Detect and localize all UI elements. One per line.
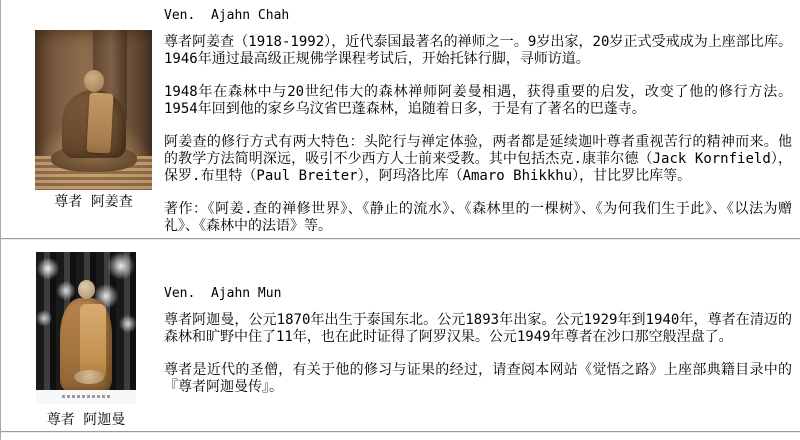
photo-detail-robe bbox=[80, 304, 106, 378]
paragraph: 尊者是近代的圣僧，有关于他的修习与证果的经过，请查阅本网站《觉悟之路》上座部典籍… bbox=[164, 362, 792, 396]
paragraph: 1948年在森林中与20世纪伟大的森林禅师阿姜曼相遇，获得重要的启发，改变了他的… bbox=[164, 84, 792, 118]
paragraph: 阿姜查的修行方式有两大特色：头陀行与禅定体验，两者都是延续迦叶尊者重视苦行的精神… bbox=[164, 134, 792, 185]
text-cell-ajahn-chah: Ven. Ajahn Chah 尊者阿姜查（1918-1992），近代泰国最著名… bbox=[161, 0, 800, 238]
heading-ajahn-chah: Ven. Ajahn Chah bbox=[164, 7, 792, 24]
heading-ajahn-mun: Ven. Ajahn Mun bbox=[164, 285, 792, 302]
row-separator bbox=[1, 431, 800, 433]
ajahn-chah-photo bbox=[35, 30, 152, 190]
paragraph: 尊者阿姜查（1918-1992），近代泰国最著名的禅师之一。9岁出家，20岁正式… bbox=[164, 34, 792, 68]
photo-detail-fan bbox=[86, 92, 113, 153]
photo-detail-frame bbox=[36, 390, 136, 404]
photo-caption-ajahn-chah: 尊者 阿姜查 bbox=[35, 194, 152, 210]
photo-caption-ajahn-mun: 尊者 阿迦曼 bbox=[36, 412, 136, 428]
paragraph: 尊者阿迦曼，公元1870年出生于泰国东北。公元1893年出家。公元1929年到1… bbox=[164, 312, 792, 346]
section-ajahn-mun: 尊者 阿迦曼 Ven. Ajahn Mun 尊者阿迦曼，公元1870年出生于泰国… bbox=[1, 240, 800, 431]
photo-detail-head bbox=[78, 280, 95, 299]
ajahn-mun-photo bbox=[36, 252, 136, 404]
photo-detail-tiny-caption bbox=[62, 395, 110, 398]
photo-cell-ajahn-chah: 尊者 阿姜查 bbox=[1, 0, 161, 238]
paragraph: 著作：《阿姜.查的禅修世界》、《静止的流水》、《森林里的一棵树》、《为何我们生于… bbox=[164, 201, 792, 235]
text-cell-ajahn-mun: Ven. Ajahn Mun 尊者阿迦曼，公元1870年出生于泰国东北。公元18… bbox=[161, 240, 800, 431]
photo-detail-hands bbox=[74, 370, 104, 384]
page: 尊者 阿姜查 Ven. Ajahn Chah 尊者阿姜查（1918-1992），… bbox=[0, 0, 800, 440]
section-ajahn-chah: 尊者 阿姜查 Ven. Ajahn Chah 尊者阿姜查（1918-1992），… bbox=[1, 0, 800, 238]
photo-detail-head bbox=[84, 70, 104, 92]
photo-cell-ajahn-mun: 尊者 阿迦曼 bbox=[1, 240, 161, 431]
